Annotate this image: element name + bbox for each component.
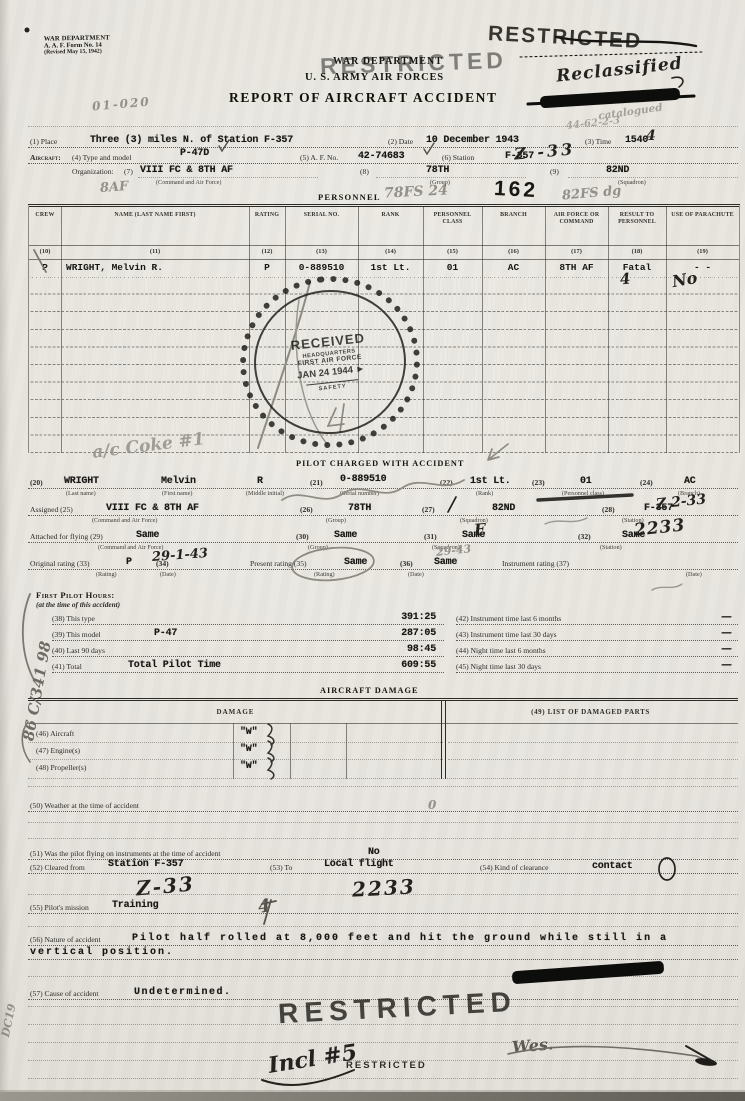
cleared-line: (52) Cleared from Station F-357 (53) To …: [28, 860, 738, 874]
pencil-note-top-left: 01-020: [92, 94, 152, 113]
hours-43-label: (43) Instrument time last 30 days: [456, 630, 557, 639]
col-header-rating: Rating: [249, 212, 285, 219]
org-8-value: 78TH: [426, 165, 449, 176]
rule-line: [28, 838, 738, 839]
hours-41-label: (41) Total: [52, 662, 82, 671]
to-value: Local flight: [324, 859, 394, 870]
restricted-stamp-overlapping-header: RESTRICTED: [320, 47, 508, 81]
time-value: 1540: [625, 135, 648, 146]
organization-label: Organization:: [72, 167, 114, 176]
page-left-edge: [0, 0, 10, 1101]
damage-propeller-value: "W": [240, 761, 257, 772]
field-32-label: (32): [578, 532, 591, 541]
mission-tally-mark: 4: [257, 895, 272, 918]
original-rating-value: P: [126, 557, 132, 568]
date-label: (2) Date: [388, 137, 413, 146]
aircraft-label: Aircraft:: [30, 153, 61, 162]
hours-44-label: (44) Night time last 6 months: [456, 646, 546, 655]
col-header-name: NAME (Last name first): [61, 212, 249, 219]
pencil-82fs-note: 82FS dg: [561, 183, 622, 203]
form-id-block: WAR DEPARTMENT A. A. F. Form No. 14 (Rev…: [44, 34, 110, 56]
field-21-label: (21): [310, 478, 323, 487]
restricted-print-bottom: RESTRICTED: [346, 1060, 427, 1071]
nature-value-line2: vertical position.: [30, 947, 174, 958]
to-handwriting: 2233: [351, 874, 416, 901]
hours-39-label: (39) This model: [52, 630, 101, 639]
damage-engine-value: "W": [240, 744, 257, 755]
confidential-redaction-bar-bottom: [512, 961, 665, 985]
caption-group: (Group): [326, 517, 346, 524]
assigned-label: Assigned (25): [30, 505, 73, 514]
station-label: (6) Station: [442, 153, 474, 162]
field-26-label: (26): [300, 505, 313, 514]
received-safety: SAFETY: [318, 383, 347, 392]
squadron31-handwriting: E: [473, 520, 487, 540]
type-model-value: P-47D: [180, 148, 209, 159]
field-24-label: (24): [640, 478, 653, 487]
hours-row-40: (40) Last 90 days 98:45: [52, 643, 444, 657]
assigned-line: Assigned (25) VIII FC & 8TH AF (26) 78TH…: [28, 502, 738, 516]
col-num: (18): [608, 248, 666, 255]
caption-rating: (Rating): [96, 571, 117, 578]
hours-39-model: P-47: [154, 628, 177, 639]
incl-handwriting: Incl #5: [267, 1039, 359, 1079]
pilot-serial: 0-889510: [340, 474, 386, 485]
damage-propeller-label: (48) Propeller(s): [36, 763, 86, 772]
rating-line: Original rating (33) P (34) Present rati…: [28, 556, 738, 570]
form-revision: (Revised May 15, 1942): [44, 49, 110, 57]
hours-row-43: (43) Instrument time last 30 days —: [456, 627, 738, 641]
caption-date: (Date): [408, 571, 424, 578]
hours-41-total-label: Total Pilot Time: [128, 660, 221, 671]
org-7-value: VIII FC & 8TH AF: [140, 165, 233, 176]
rule-line: [28, 126, 738, 127]
field-22-label: (22): [440, 478, 453, 487]
cleared-from-label: (52) Cleared from: [30, 863, 85, 872]
hours-39-value: 287:05: [401, 628, 436, 639]
place-label: (1) Place: [30, 137, 57, 146]
hours-row-44: (44) Night time last 6 months —: [456, 643, 738, 657]
assigned-group: 78TH: [348, 503, 371, 514]
org-8-label: (8): [360, 167, 369, 176]
damaged-parts-col-header: (49) LIST OF DAMAGED PARTS: [443, 708, 738, 716]
col-header-rank: Rank: [358, 212, 423, 219]
caption-first-name: (First name): [162, 490, 192, 497]
hours-42-value: —: [721, 610, 732, 623]
damage-table-divider: [441, 701, 446, 779]
restricted-stamp-top: RESTRICTED: [487, 22, 642, 54]
org-9-label: (9): [550, 167, 559, 176]
field-20-label: (20): [30, 478, 43, 487]
rule-line: [28, 926, 738, 927]
field-line-place-date-time: (1) Place Three (3) miles N. of Station …: [28, 134, 738, 148]
pilot-middle-initial: R: [257, 476, 263, 487]
field-36-label: (36): [400, 559, 413, 568]
pilot-rank: 1st Lt.: [470, 476, 511, 487]
col-num: (13): [285, 248, 358, 255]
pilot-first-name: Melvin: [161, 476, 196, 487]
received-stamp: RECEIVED HEADQUARTERS FIRST AIR FORCE JA…: [232, 267, 429, 457]
damage-col-header: DAMAGE: [28, 708, 443, 716]
hours-45-label: (45) Night time last 30 days: [456, 662, 541, 671]
pilot-last-name: WRIGHT: [64, 476, 99, 487]
hours-45-value: —: [721, 658, 732, 671]
weather-line: (50) Weather at the time of accident: [28, 798, 738, 812]
org-7-caption: (Command and Air Force): [156, 179, 221, 186]
serial-pencil-note: 44-62-2-3: [566, 115, 621, 132]
hours-38-value: 391:25: [401, 612, 436, 623]
caption-last-name: (Last name): [66, 490, 96, 497]
hours-row-39: (39) This model P-47 287:05: [52, 627, 444, 641]
attached-group: Same: [334, 530, 357, 541]
field-30-label: (30): [296, 532, 309, 541]
col-header-serial: Serial No.: [285, 212, 358, 219]
caption-serial: (Serial number): [340, 490, 379, 497]
af-no-label: (5) A. F. No.: [300, 153, 338, 162]
nature-line-1: (56) Nature of accident Pilot half rolle…: [28, 932, 738, 946]
hours-43-value: —: [721, 626, 732, 639]
caption-date: (Date): [686, 571, 702, 578]
caption-rank: (Rank): [476, 490, 493, 497]
col-num: (17): [545, 248, 608, 255]
caption-station: (Station): [600, 544, 622, 551]
result-handwritten-4: 4: [619, 270, 631, 289]
present-rating-label: Present rating (35): [250, 559, 307, 568]
stamp-162: 162: [493, 177, 538, 203]
caption-rating: (Rating): [314, 571, 335, 578]
col-header-branch: Branch: [482, 212, 545, 219]
field-line-organization: Organization: (7) VIII FC & 8TH AF (Comm…: [28, 164, 738, 186]
hours-row-45: (45) Night time last 30 days —: [456, 659, 738, 673]
damage-aircraft-value: "W": [240, 727, 257, 738]
page-title: REPORT OF AIRCRAFT ACCIDENT: [229, 90, 498, 106]
col-header-parachute: Use of Parachute: [666, 212, 739, 219]
nature-label: (56) Nature of accident: [30, 935, 101, 944]
weather-label: (50) Weather at the time of accident: [30, 801, 139, 810]
field-31-label: (31): [424, 532, 437, 541]
hours-row-41: (41) Total Total Pilot Time 609:55: [52, 659, 444, 673]
to-label: (53) To: [270, 863, 292, 872]
col-header-crew: Crew: [29, 212, 61, 219]
clearance-label: (54) Kind of clearance: [480, 863, 549, 872]
col-num: (16): [482, 248, 545, 255]
nature-line-2: vertical position.: [28, 946, 738, 960]
field-28-label: (28): [602, 505, 615, 514]
clearance-value: contact: [592, 861, 633, 872]
hours-44-value: —: [721, 642, 732, 655]
row-serial: 0-889510: [285, 262, 358, 273]
time-label: (3) Time: [585, 137, 611, 146]
af-no-value: 42-74683: [358, 151, 404, 162]
pilot-section-title: PILOT CHARGED WITH ACCIDENT: [296, 459, 464, 468]
reclassified-handwriting: Reclassified: [555, 53, 683, 86]
col-header-result: Result to Personnel: [608, 212, 666, 226]
attached-label: Attached for flying (29): [30, 532, 103, 541]
present-rating-value: Same: [344, 557, 367, 568]
type-model-label: (4) Type and model: [72, 153, 131, 162]
instruments-line: (51) Was the pilot flying on instruments…: [28, 846, 738, 860]
personnel-section-title: PERSONNEL: [318, 192, 381, 202]
nature-value-line1: Pilot half rolled at 8,000 feet and hit …: [132, 933, 668, 944]
pilot-class: 01: [580, 476, 592, 487]
mission-value: Training: [112, 900, 158, 911]
cleared-from-value: Station F-357: [108, 859, 183, 870]
mission-label: (55) Pilot's mission: [30, 903, 89, 912]
instruments-value: No: [368, 847, 380, 858]
instrument-rating-label: Instrument rating (37): [502, 559, 569, 568]
row-branch: AC: [482, 262, 545, 273]
row-rating: P: [249, 262, 285, 273]
scanned-accident-report-page: WAR DEPARTMENT A. A. F. Form No. 14 (Rev…: [0, 0, 745, 1101]
hours-40-value: 98:45: [407, 644, 436, 655]
wes-pencil-note: Wes.: [511, 1034, 554, 1057]
org-8-caption: (Group): [430, 179, 450, 186]
cause-value: Undetermined.: [134, 987, 232, 998]
row-name: WRIGHT, Melvin R.: [66, 262, 163, 273]
date36-value: Same: [434, 557, 457, 568]
rule-line: [28, 1042, 738, 1043]
caption-group: (Group): [308, 544, 328, 551]
rule-line: [138, 177, 318, 178]
row-result: Fatal: [608, 262, 666, 273]
pilot-name-line: (20) WRIGHT Melvin R (21) 0-889510 (22) …: [28, 475, 738, 489]
org-7-label: (7): [124, 167, 133, 176]
damage-section-title: AIRCRAFT DAMAGE: [320, 686, 419, 695]
page-bottom-shadow: [0, 1090, 745, 1092]
org-9-caption: (Squadron): [618, 179, 646, 186]
caption-middle-initial: (Middle initial): [246, 490, 284, 497]
cause-label: (57) Cause of accident: [30, 989, 99, 998]
field-27-label: (27): [422, 505, 435, 514]
col-header-class: Personnel Class: [423, 212, 482, 226]
field-line-aircraft: Aircraft: (4) Type and model P-47D (5) A…: [28, 150, 738, 164]
row-class: 01: [423, 262, 482, 273]
rule-line: [568, 177, 738, 178]
attached-line: Attached for flying (29) Same (30) Same …: [28, 529, 738, 543]
row-crew: P: [29, 262, 61, 273]
caption-class: (Personnel class): [562, 490, 604, 497]
hours-42-label: (42) Instrument time last 6 months: [456, 614, 561, 623]
col-num: (19): [666, 248, 739, 255]
time-handwritten-mark: 4: [646, 128, 656, 144]
col-num: (15): [423, 248, 482, 255]
hours-row-42: (42) Instrument time last 6 months —: [456, 611, 738, 625]
row-airforce: 8TH AF: [545, 262, 608, 273]
rule-line: [28, 1078, 738, 1079]
date-value: 10 December 1943: [426, 135, 519, 146]
damage-engine-label: (47) Engine(s): [36, 746, 80, 755]
assigned-squadron: 82ND: [492, 503, 515, 514]
mission-line: (55) Pilot's mission Training: [28, 900, 738, 914]
col-header-airforce: Air Force or Command: [545, 212, 608, 226]
instruments-label: (51) Was the pilot flying on instruments…: [30, 849, 221, 858]
caption-command: (Command and Air Force): [92, 517, 157, 524]
rule-line: [28, 976, 738, 977]
damage-aircraft-label: (46) Aircraft: [36, 729, 74, 738]
pilot-branch: AC: [684, 476, 696, 487]
field-23-label: (23): [532, 478, 545, 487]
hours-41-value: 609:55: [401, 660, 436, 671]
attached-command: Same: [136, 530, 159, 541]
cleared-handwriting: Z-33: [135, 871, 196, 900]
caption-date: (Date): [160, 571, 176, 578]
col-num: (11): [61, 248, 249, 255]
original-rating-label: Original rating (33): [30, 559, 89, 568]
col-num: (14): [358, 248, 423, 255]
rule-line: [28, 822, 738, 823]
col-num: (12): [249, 248, 285, 255]
col-num: (10): [29, 248, 61, 255]
hours-40-label: (40) Last 90 days: [52, 646, 105, 655]
place-value: Three (3) miles N. of Station F-357: [90, 135, 293, 146]
hours-row-38: (38) This type 391:25: [52, 611, 444, 625]
org-9-value: 82ND: [606, 165, 629, 176]
page-bottom-edge: [0, 1092, 745, 1101]
damage-table: DAMAGE (49) LIST OF DAMAGED PARTS (46) A…: [28, 698, 738, 779]
assigned-command: VIII FC & 8TH AF: [106, 503, 199, 514]
rule-line: [28, 786, 738, 787]
